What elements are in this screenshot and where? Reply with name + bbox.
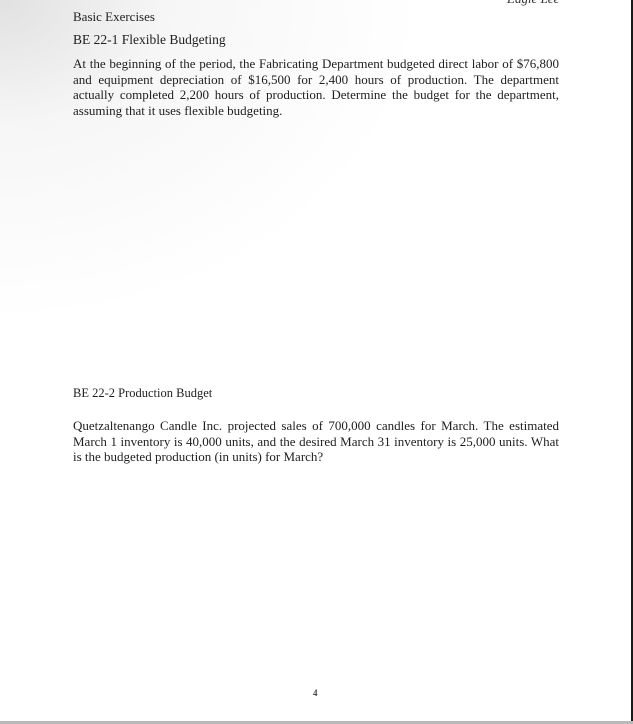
- exercise-2-body: Quetzaltenango Candle Inc. projected sal…: [73, 418, 559, 465]
- exercise-2-title: BE 22-2 Production Budget: [73, 386, 559, 402]
- exercise-1-title: BE 22-1 Flexible Budgeting: [73, 32, 559, 48]
- running-header: Eagle Lee: [507, 0, 559, 7]
- section-title: Basic Exercises: [73, 9, 559, 25]
- page-number: 4: [313, 688, 318, 698]
- document-page: Eagle Lee Basic Exercises BE 22-1 Flexib…: [0, 0, 631, 721]
- exercise-1-body: At the beginning of the period, the Fabr…: [73, 56, 559, 118]
